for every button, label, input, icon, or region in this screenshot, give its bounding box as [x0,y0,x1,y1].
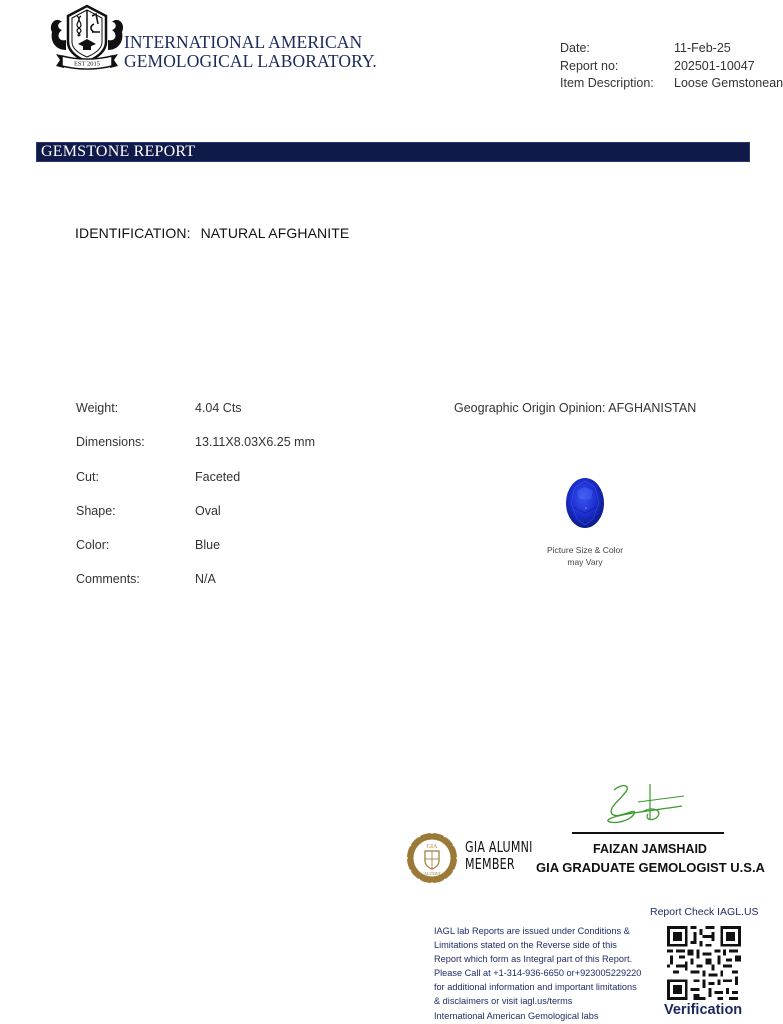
lab-name: INTERNATIONAL AMERICAN GEMOLOGICAL LABOR… [124,33,377,71]
gem-caption-line1: Picture Size & Color [535,544,635,556]
spec-label: Comments: [76,572,195,606]
origin-label: Geographic Origin Opinion: [454,401,605,415]
signer-name: FAIZAN JAMSHAID [540,842,760,856]
spec-value: Faceted [195,470,240,504]
spec-label: Weight: [76,401,195,435]
signature-line [572,832,724,834]
gem-specs: Weight: 4.04 Cts Dimensions: 13.11X8.03X… [76,401,315,607]
spec-label: Color: [76,538,195,572]
identification-value: NATURAL AFGHANITE [201,225,350,241]
gia-alumni-label: GIA ALUMNI MEMBER [465,839,533,873]
disclaimer-line: Limitations stated on the Reverse side o… [434,938,664,952]
spec-row-color: Color: Blue [76,538,315,572]
identification: IDENTIFICATION: NATURAL AFGHANITE [75,225,349,241]
spec-value: Oval [195,504,221,538]
lab-name-line2: GEMOLOGICAL LABORATORY. [124,52,377,71]
gia-alumni-seal-icon: GIA ALUMNI [405,831,459,885]
signer-title: GIA GRADUATE GEMOLOGIST U.S.A [536,860,765,875]
verification-label: Verification [664,1002,742,1018]
report-check-label: Report Check IAGL.US [650,906,759,918]
spec-value: 4.04 Cts [195,401,242,435]
banner-title: GEMSTONE REPORT [41,143,195,161]
signature-icon [598,780,690,830]
meta-value: Loose Gemstoneant [674,75,783,93]
spec-value: N/A [195,572,216,606]
meta-row-date: Date: 11-Feb-25 [560,40,783,58]
lab-name-line1: INTERNATIONAL AMERICAN [124,33,377,52]
meta-value: 202501-10047 [674,58,755,76]
origin-value: AFGHANISTAN [608,401,696,415]
disclaimer-line: & disclaimers or visit iagl.us/terms [434,994,664,1008]
spec-value: Blue [195,538,220,572]
spec-row-cut: Cut: Faceted [76,470,315,504]
meta-value: 11-Feb-25 [674,40,731,58]
report-banner: GEMSTONE REPORT [36,142,750,162]
spec-label: Dimensions: [76,435,195,469]
disclaimer-line: IAGL lab Reports are issued under Condit… [434,924,664,938]
identification-label: IDENTIFICATION: [75,225,191,241]
gem-caption: Picture Size & Color may Vary [535,544,635,568]
disclaimer-line: Report which form as Integral part of th… [434,952,664,966]
svg-text:ALUMNI: ALUMNI [424,871,441,876]
disclaimer-line: International American Gemological labs [434,1009,664,1023]
qr-code-icon[interactable] [667,926,741,1000]
svg-text:GIA: GIA [427,844,438,850]
spec-row-dimensions: Dimensions: 13.11X8.03X6.25 mm [76,435,315,469]
oval-blue-gemstone-icon [565,477,605,529]
spec-row-shape: Shape: Oval [76,504,315,538]
spec-row-weight: Weight: 4.04 Cts [76,401,315,435]
disclaimer: IAGL lab Reports are issued under Condit… [434,924,664,1023]
meta-label: Item Description: [560,75,674,93]
spec-value: 13.11X8.03X6.25 mm [195,435,315,469]
spec-label: Cut: [76,470,195,504]
disclaimer-line: Please Call at +1-314-936-6650 or+923005… [434,966,664,980]
meta-label: Report no: [560,58,674,76]
meta-label: Date: [560,40,674,58]
spec-label: Shape: [76,504,195,538]
meta-row-report-no: Report no: 202501-10047 [560,58,783,76]
gia-alumni-line1: GIA ALUMNI [465,839,533,856]
disclaimer-line: for additional information and important… [434,980,664,994]
meta-row-item-description: Item Description: Loose Gemstoneant [560,75,783,93]
iagl-crest-icon: EST 2015 [48,2,126,74]
svg-text:EST 2015: EST 2015 [74,61,100,68]
gem-caption-line2: may Vary [535,556,635,568]
spec-row-comments: Comments: N/A [76,572,315,606]
gia-alumni-line2: MEMBER [465,856,533,873]
geographic-origin: Geographic Origin Opinion: AFGHANISTAN [454,401,696,415]
report-meta: Date: 11-Feb-25 Report no: 202501-10047 … [560,40,783,93]
